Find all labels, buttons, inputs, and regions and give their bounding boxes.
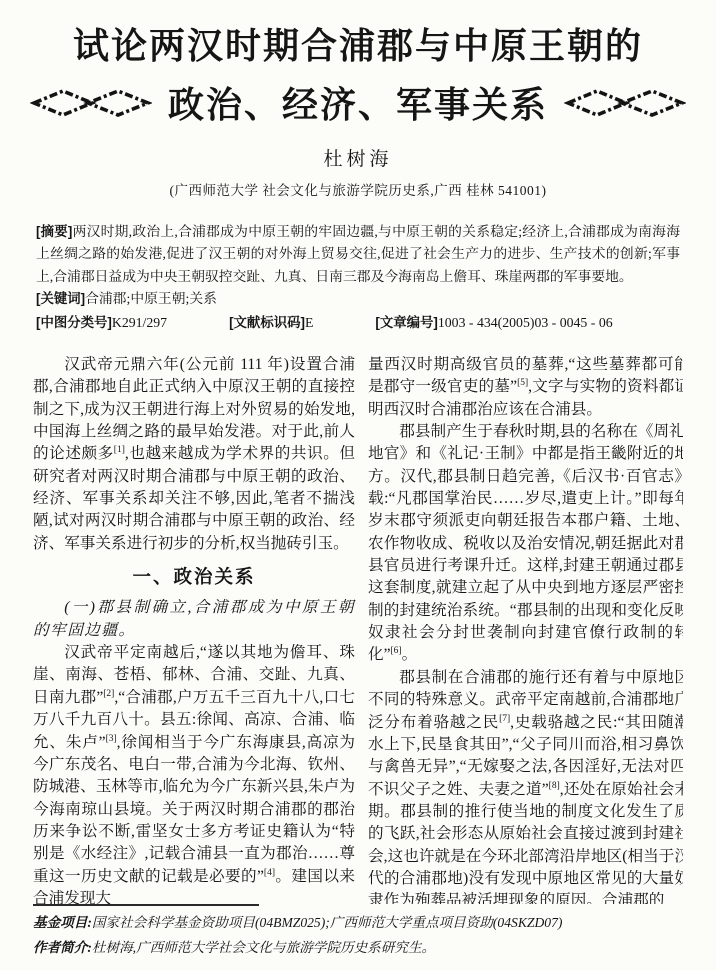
author-bio-line: 作者简介:杜树海,广西师范大学社会文化与旅游学院历史系研究生。 — [33, 935, 686, 960]
clc-item: [中图分类号]K291/297 — [36, 312, 167, 334]
diamond-chain-left-icon — [30, 87, 152, 119]
body-paragraph: 郡县制产生于春秋时期,县的名称在《周礼·地官》和《礼记·王制》中都是指王畿附近的… — [368, 421, 683, 667]
abstract-text: 两汉时期,政治上,合浦郡成为中原王朝的牢固边疆,与中原王朝的关系稳定;经济上,合… — [36, 224, 680, 284]
author-bio-label: 作者简介: — [33, 940, 92, 955]
section-heading: 一、政治关系 — [33, 566, 355, 588]
body-paragraph: 郡县制在合浦郡的施行还有着与中原地区不同的特殊意义。武帝平定南越前,合浦郡地广泛… — [368, 667, 683, 904]
body-paragraph: 汉武帝平定南越后,“遂以其地为儋耳、珠崖、南海、苍梧、郁林、合浦、交趾、九真、日… — [33, 642, 355, 904]
doc-code-value: E — [305, 315, 313, 330]
diamond-chain-right-icon — [564, 87, 686, 119]
author-affiliation: (广西师范大学 社会文化与旅游学院历史系,广西 桂林 541001) — [0, 179, 716, 199]
citation-ref: [8] — [549, 780, 560, 790]
body-columns: 汉武帝元鼎六年(公元前 111 年)设置合浦郡,合浦郡地自此正式纳入中原汉王朝的… — [33, 354, 683, 904]
citation-ref: [5] — [517, 378, 528, 388]
citation-ref: [1] — [114, 445, 125, 455]
subsection-heading: (一)郡县制确立,合浦郡成为中原王朝的牢固边疆。 — [33, 597, 355, 642]
clc-label: [中图分类号] — [36, 315, 112, 330]
citation-ref: [7] — [499, 713, 510, 723]
fund-label: 基金项目: — [33, 915, 92, 930]
classification-line: [中图分类号]K291/297 [文献标识码]E [文章编号]1003 - 43… — [36, 312, 680, 334]
abstract-label: [摘要] — [36, 224, 72, 239]
keywords-line: [关键词]合浦郡;中原王朝;关系 — [36, 288, 680, 310]
author-bio-text: 杜树海,广西师范大学社会文化与旅游学院历史系研究生。 — [92, 940, 435, 955]
paper-title-line1: 试论两汉时期合浦郡与中原王朝的 — [10, 24, 706, 69]
fund-line: 基金项目:国家社会科学基金资助项目(04BMZ025);广西师范大学重点项目资助… — [33, 910, 686, 935]
abstract-line: [摘要]两汉时期,政治上,合浦郡成为中原王朝的牢固边疆,与中原王朝的关系稳定;经… — [36, 221, 680, 288]
abstract-block: [摘要]两汉时期,政治上,合浦郡成为中原王朝的牢固边疆,与中原王朝的关系稳定;经… — [36, 221, 680, 334]
article-id-label: [文章编号] — [375, 315, 437, 330]
page-footer: 基金项目:国家社会科学基金资助项目(04BMZ025);广西师范大学重点项目资助… — [33, 910, 686, 960]
paper-title-line2-row: 政治、经济、军事关系 — [0, 77, 716, 128]
body-paragraph: 量西汉时期高级官员的墓葬,“这些墓葬都可能是郡守一级官吏的墓”[5],文字与实物… — [368, 354, 683, 421]
paper-title-line2: 政治、经济、军事关系 — [168, 77, 548, 128]
article-id-item: [文章编号]1003 - 434(2005)03 - 0045 - 06 — [375, 312, 612, 334]
citation-ref: [6] — [391, 646, 402, 656]
keywords-label: [关键词] — [36, 291, 85, 306]
citation-ref: [3] — [106, 733, 117, 743]
keywords-text: 合浦郡;中原王朝;关系 — [85, 291, 217, 306]
citation-ref: [2] — [103, 689, 114, 699]
author-name: 杜树海 — [0, 144, 716, 171]
body-paragraph: 汉武帝元鼎六年(公元前 111 年)设置合浦郡,合浦郡地自此正式纳入中原汉王朝的… — [33, 354, 355, 555]
body-column-right: 量西汉时期高级官员的墓葬,“这些墓葬都可能是郡守一级官吏的墓”[5],文字与实物… — [368, 354, 683, 904]
fund-text: 国家社会科学基金资助项目(04BMZ025);广西师范大学重点项目资助(04SK… — [92, 915, 562, 930]
body-column-left: 汉武帝元鼎六年(公元前 111 年)设置合浦郡,合浦郡地自此正式纳入中原汉王朝的… — [33, 354, 355, 904]
paper-page: 试论两汉时期合浦郡与中原王朝的 政治、经济、军事关系 杜树海 (广西师范大学 社… — [0, 0, 716, 970]
paper-header: 试论两汉时期合浦郡与中原王朝的 政治、经济、军事关系 杜树海 (广西师范大学 社… — [0, 0, 716, 199]
footnote-separator — [33, 904, 259, 906]
article-id-value: 1003 - 434(2005)03 - 0045 - 06 — [438, 315, 613, 330]
doc-code-item: [文献标识码]E — [229, 312, 313, 334]
citation-ref: [4] — [264, 867, 275, 877]
clc-value: K291/297 — [112, 315, 167, 330]
doc-code-label: [文献标识码] — [229, 315, 305, 330]
